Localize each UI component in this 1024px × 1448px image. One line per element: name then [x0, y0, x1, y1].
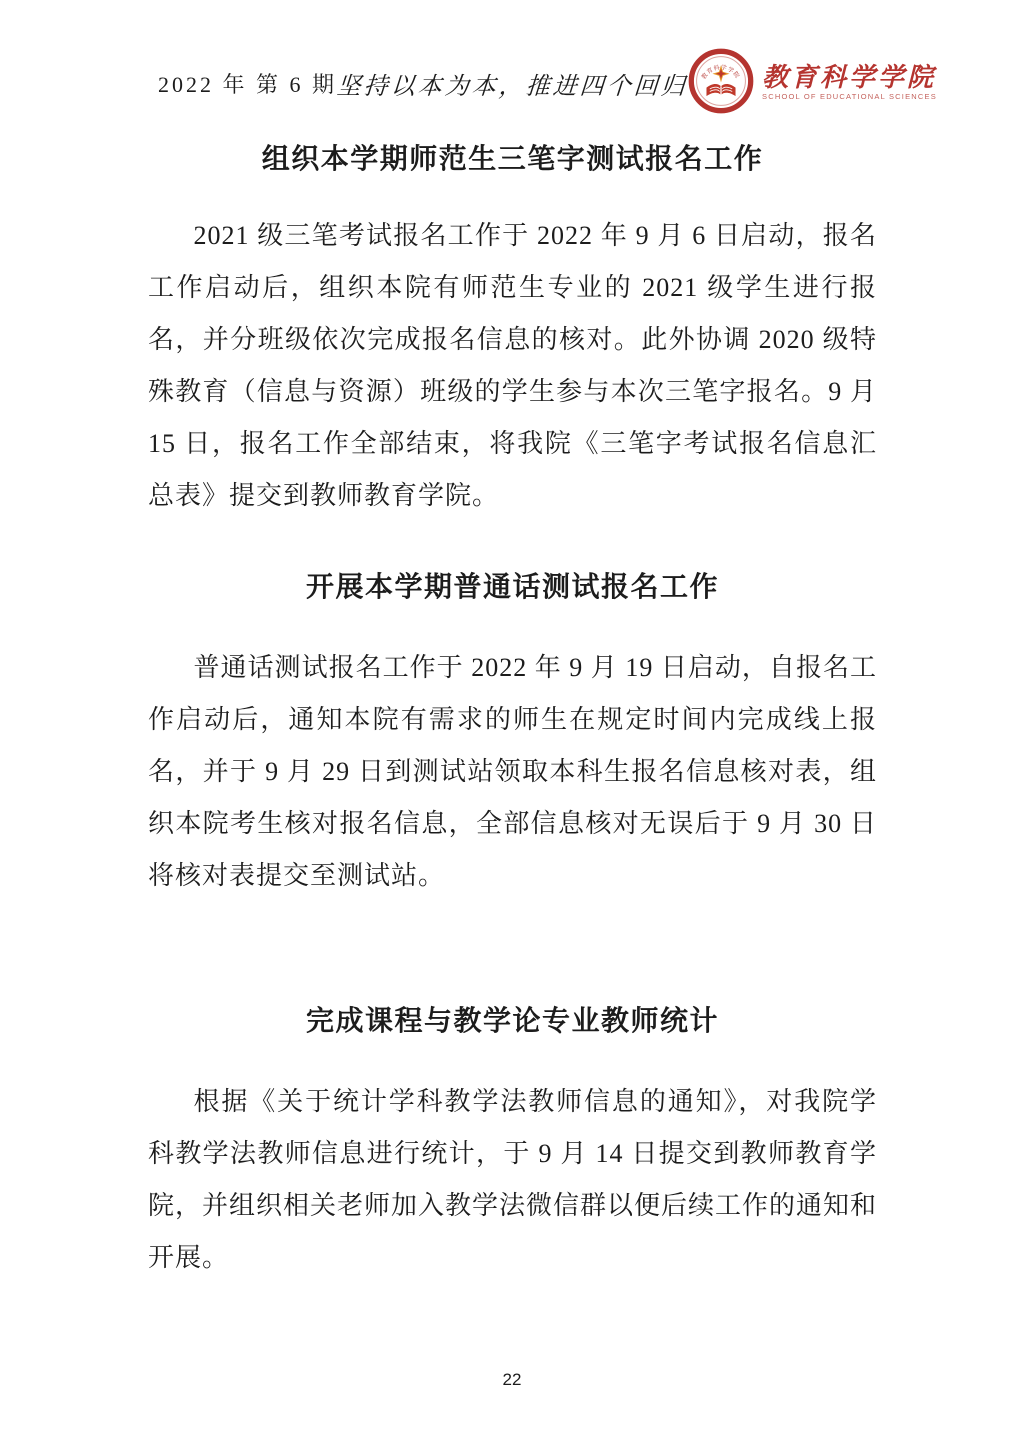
- header-slogan: 坚持以本为本，推进四个回归: [336, 66, 689, 101]
- section-sanbizi-registration: 组织本学期师范生三笔字测试报名工作 2021 级三笔考试报名工作于 2022 年…: [148, 140, 877, 522]
- issue-label: 2022 年 第 6 期: [158, 68, 337, 99]
- section-paragraph: 普通话测试报名工作于 2022 年 9 月 19 日启动，自报名工作启动后，通知…: [148, 642, 877, 902]
- section-heading: 开展本学期普通话测试报名工作: [148, 568, 877, 608]
- section-paragraph: 根据《关于统计学科教学法教师信息的通知》，对我院学科教学法教师信息进行统计，于 …: [148, 1076, 877, 1284]
- document-page: 2022 年 第 6 期 坚持以本为本，推进四个回归 教育科学学院: [0, 0, 1024, 1448]
- school-name-en: SCHOOL OF EDUCATIONAL SCIENCES: [762, 92, 937, 102]
- school-name-cn: 教育科学学院: [762, 64, 936, 92]
- section-heading: 完成课程与教学论专业教师统计: [148, 1002, 877, 1042]
- section-putonghua-registration: 开展本学期普通话测试报名工作 普通话测试报名工作于 2022 年 9 月 19 …: [148, 568, 877, 902]
- school-emblem-icon: 教育科学学院: [688, 48, 754, 119]
- document-body: 组织本学期师范生三笔字测试报名工作 2021 级三笔考试报名工作于 2022 年…: [0, 140, 1024, 1284]
- section-heading: 组织本学期师范生三笔字测试报名工作: [148, 140, 877, 180]
- page-number: 22: [503, 1370, 522, 1389]
- school-logo-wordmark: 教育科学学院 SCHOOL OF EDUCATIONAL SCIENCES: [762, 64, 937, 102]
- page-footer: 22: [0, 1370, 1024, 1390]
- school-logo: 教育科学学院 教育科学学院 SCHOOL OF EDUCATIONAL SCIE…: [688, 48, 937, 119]
- section-teacher-statistics: 完成课程与教学论专业教师统计 根据《关于统计学科教学法教师信息的通知》，对我院学…: [148, 1002, 877, 1284]
- section-paragraph: 2021 级三笔考试报名工作于 2022 年 9 月 6 日启动，报名工作启动后…: [148, 210, 877, 522]
- page-header: 2022 年 第 6 期 坚持以本为本，推进四个回归 教育科学学院: [0, 0, 1024, 120]
